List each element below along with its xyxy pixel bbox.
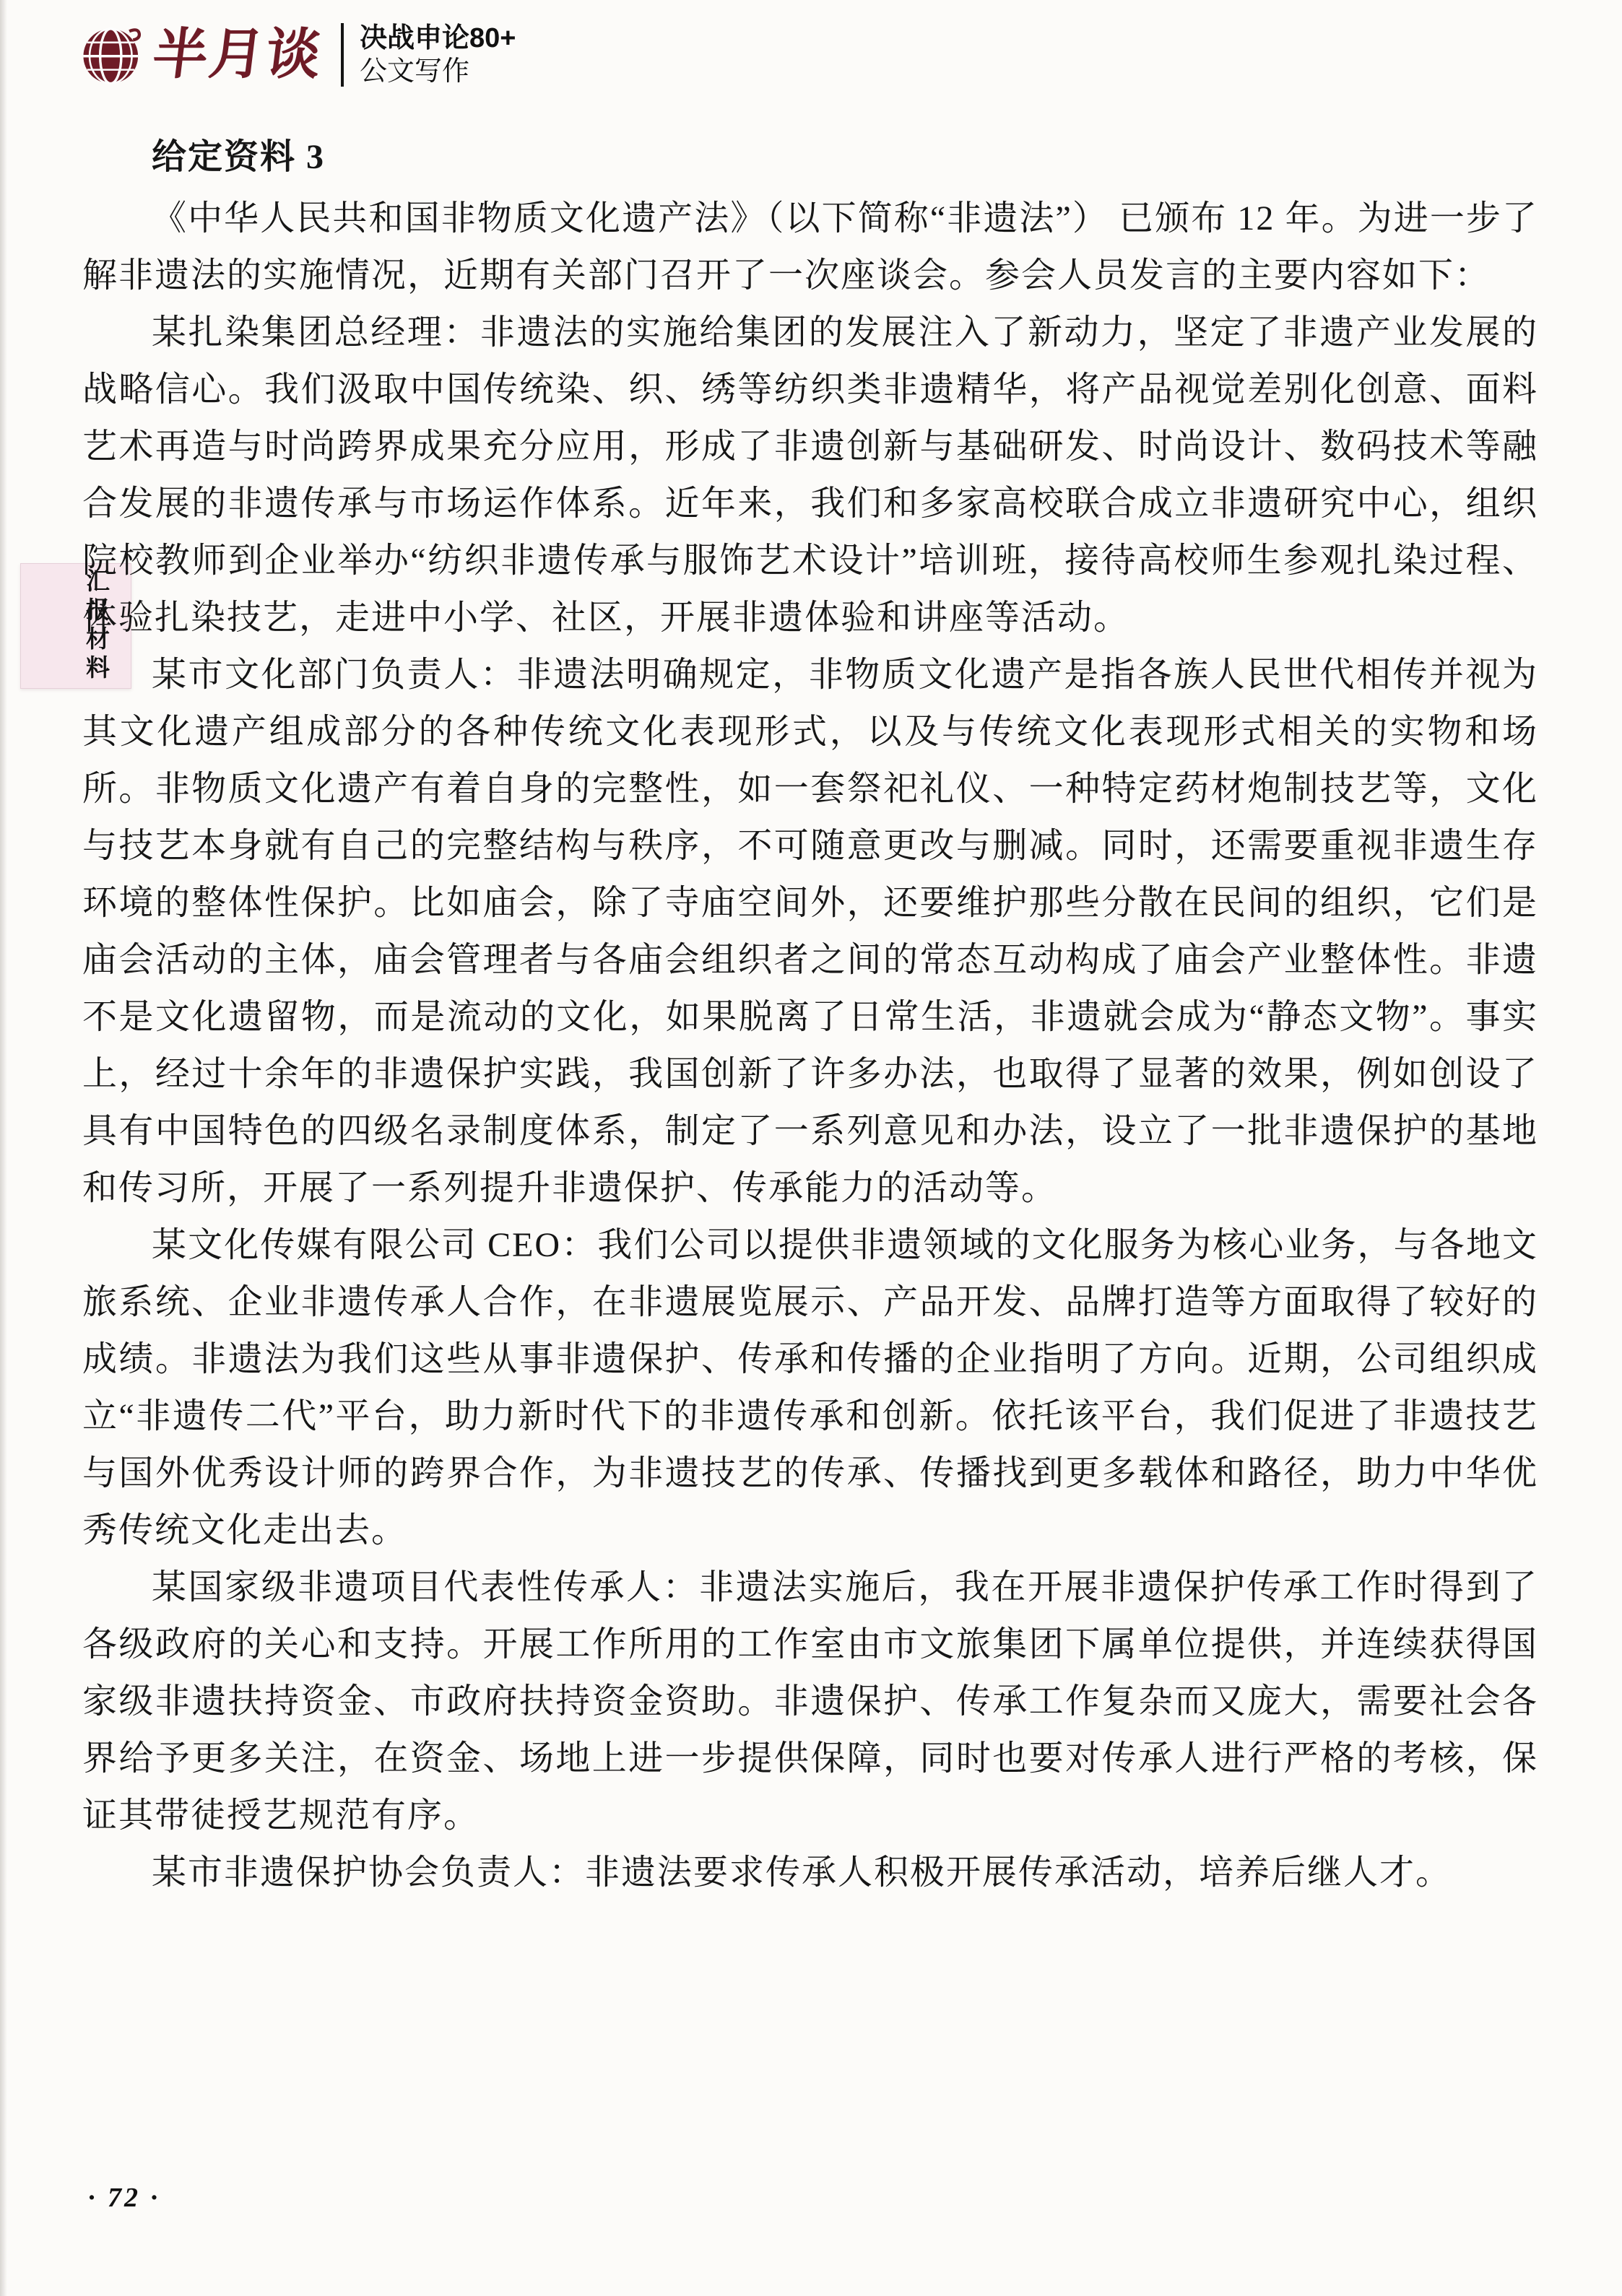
document-body: 给定资料 3 《中华人民共和国非物质文化遗产法》（以下简称“非遗法”） 已颁布 … xyxy=(82,129,1538,1901)
series-subtitle: 公文写作 xyxy=(360,55,516,88)
header-divider xyxy=(341,23,344,87)
page-header: 半月谈 决战申论80+ 公文写作 xyxy=(81,20,516,90)
series-title: 决战申论80+ xyxy=(360,22,516,55)
header-titles: 决战申论80+ 公文写作 xyxy=(360,22,516,88)
document-page: 半月谈 决战申论80+ 公文写作 汇报材料 给定资料 3 《中华人民共和国非物质… xyxy=(0,0,1622,2296)
paragraph-association-head: 某市非遗保护协会负责人：非遗法要求传承人积极开展传承活动，培养后继人才。 xyxy=(82,1844,1538,1901)
paragraph-media-ceo: 某文化传媒有限公司 CEO：我们公司以提供非遗领域的文化服务为核心业务，与各地文… xyxy=(82,1217,1538,1559)
paragraph-dye-group-manager: 某扎染集团总经理：非遗法的实施给集团的发展注入了新动力，坚定了非遗产业发展的战略… xyxy=(82,304,1538,646)
page-number: · 72 · xyxy=(88,2182,160,2214)
globe-icon xyxy=(81,24,143,86)
banyuetan-logo: 半月谈 xyxy=(81,24,322,86)
brand-wordmark: 半月谈 xyxy=(149,24,326,86)
paragraph-culture-official: 某市文化部门负责人：非遗法明确规定，非物质文化遗产是指各族人民世代相传并视为其文… xyxy=(82,646,1538,1217)
scan-page-edge xyxy=(0,0,7,2296)
paragraph-intro: 《中华人民共和国非物质文化遗产法》（以下简称“非遗法”） 已颁布 12 年。为进… xyxy=(82,190,1538,304)
paragraph-inheritor: 某国家级非遗项目代表性传承人：非遗法实施后，我在开展非遗保护传承工作时得到了各级… xyxy=(82,1559,1538,1844)
section-title: 给定资料 3 xyxy=(82,129,1538,178)
